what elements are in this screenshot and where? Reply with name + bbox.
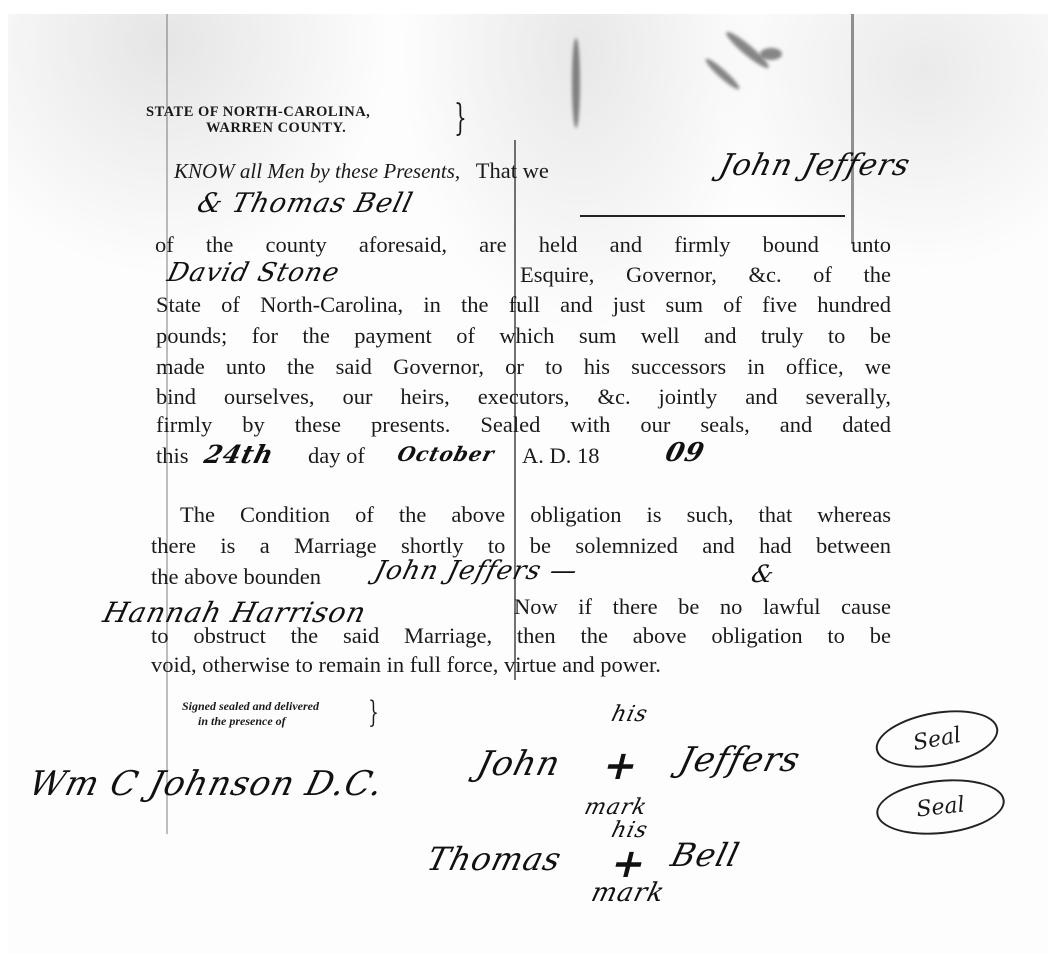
sig1-his: his (609, 702, 651, 727)
condition-line-5: to obstruct the said Marriage, then the … (151, 623, 891, 649)
bond-opening-italic: KNOW all Men by these Presents, (174, 159, 460, 183)
ink-smudge (760, 48, 782, 60)
handwritten-month: October (395, 442, 497, 466)
attestation-line-1: Signed sealed and delivered (182, 699, 319, 714)
brace-icon: } (454, 101, 467, 137)
ink-smudge (572, 38, 580, 128)
date-this: this (156, 443, 189, 468)
handwritten-surety: & Thomas Bell (194, 188, 416, 219)
date-day-of: day of (308, 443, 365, 469)
attestation-line-2: in the presence of (182, 714, 319, 729)
header-state: STATE OF NORTH-CAROLINA, (146, 104, 370, 120)
handwritten-governor: David Stone (164, 258, 343, 288)
bond-line-5: pounds; for the payment of which sum wel… (156, 323, 891, 349)
sig1-mark-word: mark (582, 795, 650, 820)
seal-2-label: Seal (915, 792, 966, 822)
bond-line-6: made unto the said Governor, or to his s… (156, 354, 891, 380)
bond-line-4: State of North-Carolina, in the full and… (156, 292, 891, 318)
attestation-label: Signed sealed and delivered in the prese… (182, 699, 319, 729)
sig2-first: Thomas (423, 840, 566, 878)
condition-line-6: void, otherwise to remain in full force,… (151, 652, 831, 678)
date-ad: A. D. 18 (522, 443, 600, 469)
sig1-first: John (473, 744, 565, 784)
document-header: STATE OF NORTH-CAROLINA, WARREN COUNTY. (146, 104, 370, 136)
bond-line-2: of the county aforesaid, are held and fi… (155, 232, 891, 258)
header-county: WARREN COUNTY. (146, 120, 370, 136)
handwritten-year: 09 (662, 438, 708, 468)
bond-opening: KNOW all Men by these Presents, That we (174, 158, 549, 184)
bond-line-8: firmly by these presents. Sealed with ou… (156, 412, 891, 438)
bond-line-7: bind ourselves, our heirs, executors, &c… (156, 384, 891, 410)
witness-signature: Wm C Johnson D.C. (25, 764, 388, 804)
blank-rule (580, 215, 845, 217)
condition-line-4: Now if there be no lawful cause (514, 594, 891, 620)
condition-line-1: The Condition of the above obligation is… (180, 502, 891, 528)
fold-crease-right (851, 14, 854, 244)
sig2-mark-word: mark (588, 878, 668, 908)
bond-line-3: Esquire, Governor, &c. of the (520, 262, 891, 288)
handwritten-day: 24th (201, 440, 277, 469)
bond-opening-rest: That we (466, 158, 549, 183)
brace-icon: } (368, 695, 379, 731)
condition-line-3: the above bounden (151, 564, 321, 590)
sig2-last: Bell (667, 836, 743, 874)
handwritten-groom: John Jeffers — (371, 556, 581, 586)
bond-date-line: this (156, 443, 189, 469)
seal-1-label: Seal (911, 723, 963, 756)
sig1-last: Jeffers (675, 740, 805, 780)
handwritten-principal: John Jeffers (716, 148, 914, 183)
